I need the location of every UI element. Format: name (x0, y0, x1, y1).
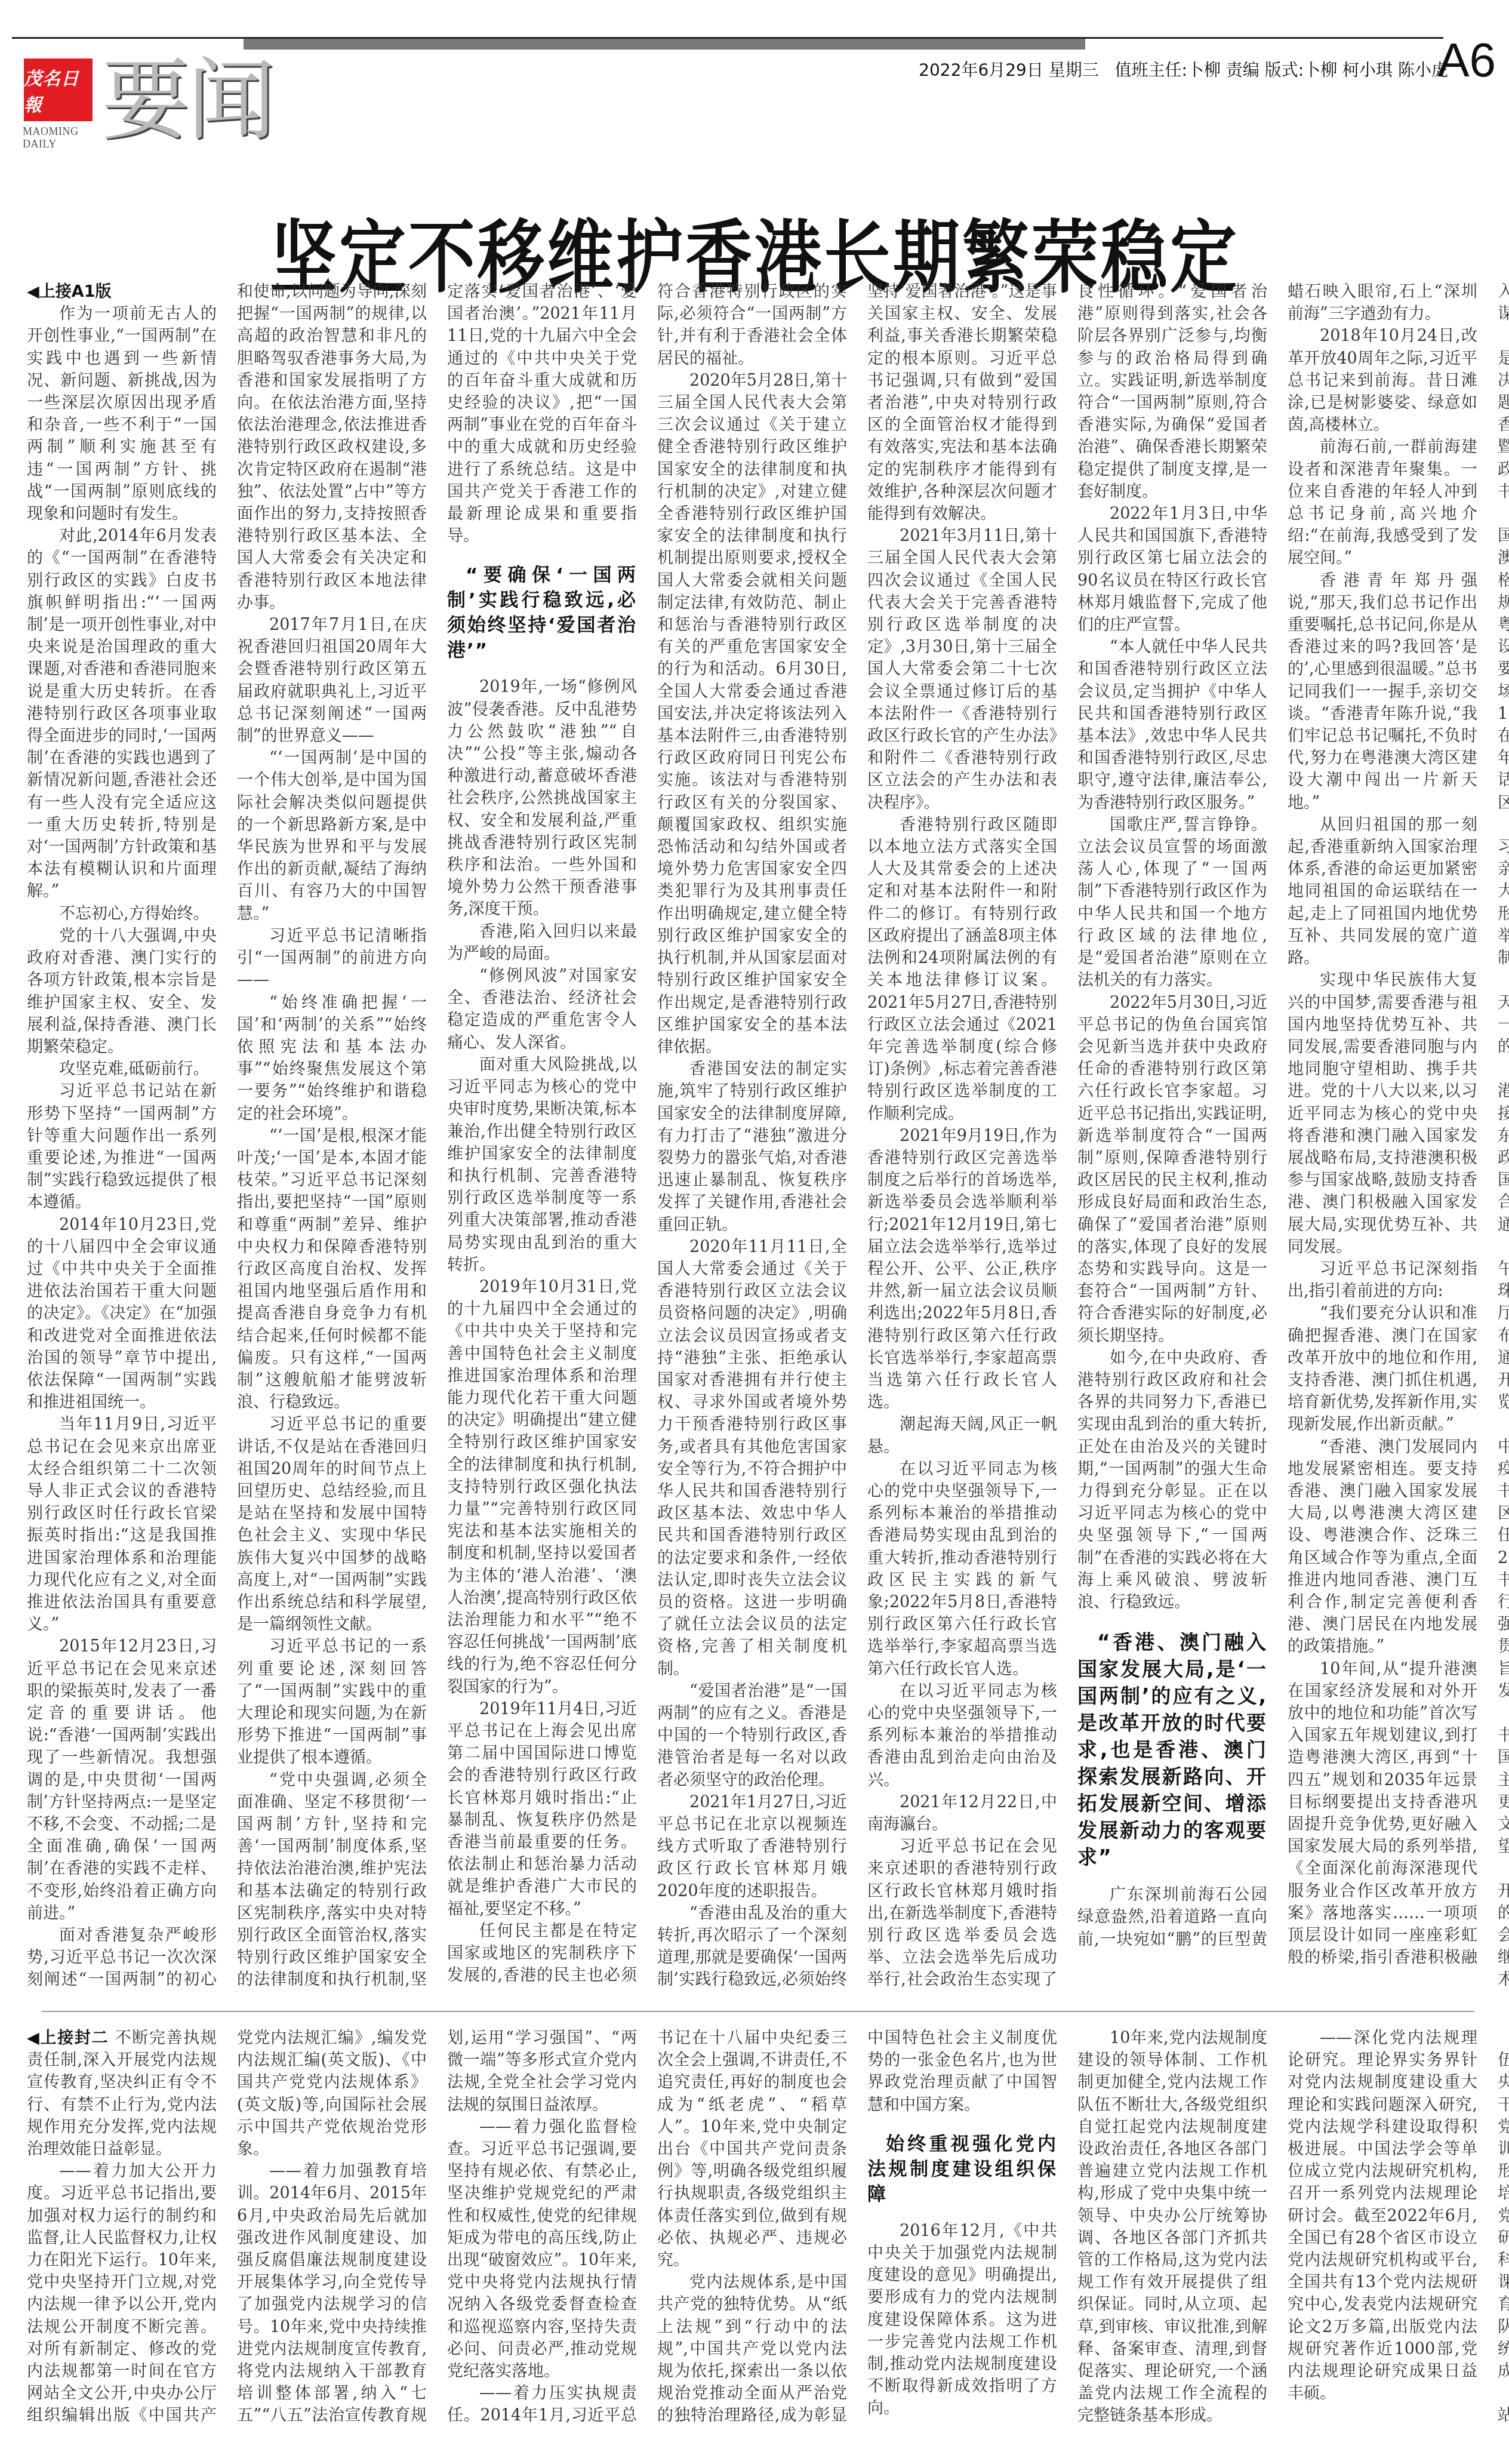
paragraph: 如今,在中央政府、香港特别行政区政府和社会各界的共同努力下,香港已实现由乱到治的… (1077, 1347, 1267, 1613)
paragraph: 此次会见中,习近平总书记从更加积极主动融入国家发展大局、更加积极主动参与国家治理… (1498, 1702, 1509, 1857)
paragraph: 2022年2月初至3月中旬,香港第五波新冠肺炎疫情形势严峻。习近平总书记作出重要… (1498, 1413, 1509, 1702)
paragraph: 从回归祖国的那一刻起,香港重新纳入国家治理体系,香港的命运更加紧密地同祖国的命运… (1288, 814, 1477, 969)
paragraph: 伶仃洋上,烟波浩渺,海天一色。港珠澳大桥如同一条钢铁巨龙,飞架在浩瀚的大海之上。 (1498, 969, 1509, 1058)
paragraph: “爱国者治港”是“一国两制”的应有之义。香港是中国的一个特别行政区,香港管治者是… (657, 1680, 847, 1791)
continued-marker: ◀上接A1版 (27, 281, 217, 303)
paragraph: “始终准确把握‘一国’和‘两制’的关系”“始终依照宪法和基本法办事”“始终聚焦发… (237, 992, 427, 1125)
section-title: 要闻 (101, 53, 273, 148)
logo-english: MAOMING DAILY (23, 125, 96, 150)
paragraph: “香港、澳门发展同内地发展紧密相连。要支持香港、澳门融入国家发展大局,以粤港澳大… (1288, 1436, 1477, 1658)
paragraph: 面对重大风险挑战,以习近平同志为核心的党中央审时度势,果断决策,标本兼治,作出健… (447, 1054, 637, 1276)
paragraph: 10年来,党内法规制度建设的领导体制、工作机制更加健全,党内法规工作队伍不断壮大… (1077, 2027, 1267, 2427)
paragraph: ——加强党内法规队伍建设。中央办公厅在中央党校(国家行政学院)和干部学院先后举办… (1498, 2027, 1509, 2382)
paragraph: 潮起海天阔,风正一帆悬。 (867, 1413, 1057, 1457)
paragraph: 2022年1月3日,中华人民共和国国旗下,香港特别行政区第七届立法会的90名议员… (1077, 503, 1267, 636)
paragraph: 2018年10月23日上午,港珠澳大桥开通仪式在珠海口岸旅检大楼出境大厅举行,习… (1498, 1236, 1509, 1414)
paragraph: “修例风波”对国家安全、香港法治、经济社会稳定造成的严重危害令人痛心、发人深省。 (447, 965, 637, 1054)
paragraph: 2021年12月22日,中南海瀛台。 (867, 1791, 1057, 1835)
paragraph: 香港,陷入回归以来最为严峻的局面。 (447, 921, 637, 965)
logo-text: 茂名日報 (24, 64, 93, 116)
paragraph: 2015年12月23日,习近平总书记在会见来京述职的梁振英时,发表了一番定音的重… (27, 1635, 217, 1924)
bottom-article: ◀上接封二 不断完善执规责任制,深入开展党内法规宣传教育,坚决纠正有令不行、有禁… (27, 2027, 1477, 2445)
paragraph: 前海石前,一群前海建设者和深港青年聚集。一位来自香港的年轻人冲到总书记身前,高兴… (1288, 436, 1477, 569)
masthead-bar (244, 39, 1085, 50)
paragraph: 2021年1月27日,习近平总书记在北京以视频连线方式听取了香港特别行政区行政长… (657, 1791, 847, 1902)
paragraph: “要抓住香港澳门融入国家建设重大机遇,推动港澳积极参与国家对外开放格局,推动新发… (1498, 503, 1509, 814)
paragraph: 2020年11月11日,全国人大常委会通过《关于香港特别行政区立法会议员资格问题… (657, 1236, 847, 1680)
top-article-columns: ◀上接A1版 作为一项前无古人的开创性事业,“一国两制”在实践中也遇到一些新情况… (27, 281, 1477, 1994)
paragraph: “我们要充分认识和准确把握香港、澳门在国家改革开放中的地位和作用,支持香港、澳门… (1288, 1302, 1477, 1435)
paragraph: 不忘初心,方得始终。 (27, 903, 217, 925)
paragraph: 2019年11月4日,习近平总书记在上海会见出席第二届中国国际进口博览会的香港特… (447, 1698, 637, 1920)
paragraph: 实现中华民族伟大复兴的中国梦,需要香港与祖国内地坚持优势互补、共同发展,需要香港… (1288, 969, 1477, 1258)
page-number: A6 (1437, 33, 1496, 87)
paragraph: 在以习近平同志为核心的党中央坚强领导下,一系列标本兼治的举措推动香港局势实现由乱… (867, 1458, 1057, 1680)
paragraph: 在以习近平同志为核心的党中央坚强领导下,一系列标本兼治的举措推动香港由乱到治走向… (867, 1680, 1057, 1791)
paragraph: 习近平总书记的一系列重要论述,深刻回答了“一国两制”实践中的重大理论和现实问题,… (237, 1635, 427, 1768)
paragraph: 2017年7月1日,在庆祝香港回归祖国20周年大会暨香港特别行政区第五届政府就职… (237, 614, 427, 747)
paragraph: 香港国安法的制定实施,筑牢了特别行政区维护国家安全的法律制度屏障,有力打击了“港… (657, 1058, 847, 1236)
paragraph: 2021年9月19日,作为香港特别行政区完善选举制度之后举行的首场选举,新选举委… (867, 1125, 1057, 1414)
paragraph: 攻坚克难,砥砺前行。 (27, 1058, 217, 1080)
paragraph: “本人就任中华人民共和国香港特别行政区立法会议员,定当拥护《中华人民共和国香港特… (1077, 636, 1267, 814)
paragraph: 香港特别行政区随即以本地立法方式落实全国人大及其常委会的上述决定和对基本法附件一… (867, 814, 1057, 1125)
top-article: ◀上接A1版 作为一项前无古人的开创性事业,“一国两制”在实践中也遇到一些新情况… (27, 281, 1477, 1994)
subhead-organization: 始终重视强化党内法规制度建设组织保障 (867, 2131, 1057, 2207)
paragraph: 2022年5月30日,习近平总书记的伪鱼台国宾馆会见新当选并获中央政府任命的香港… (1077, 992, 1267, 1347)
paragraph: 2016年12月,《中共中央关于加强党内法规制度建设的意见》明确提出,要形成有力… (867, 2220, 1057, 2420)
paragraph: 习近平总书记深刻指出,指引着前进的方向: (1288, 1258, 1477, 1302)
dateline: 2022年6月29日 星期三 值班主任:卜柳 责编 版式:卜柳 柯小琪 陈小虎 (919, 57, 1448, 81)
subhead-integration: “香港、澳门融入国家发展大局,是‘一国两制’的应有之义,是改革开放的时代要求,也… (1077, 1629, 1267, 1871)
paragraph: “‘一国两制’是中国的一个伟大创举,是中国为国际社会解决类似问题提供的一个新思路… (237, 747, 427, 925)
paragraph: 国歌庄严,誓言铮铮。立法会议员宣誓的场面激荡人心,体现了“一国两制”下香港特别行… (1077, 814, 1267, 992)
newspaper-logo: 茂名日報 (24, 59, 93, 121)
paragraph: 2021年3月11日,第十三届全国人民代表大会第四次会议通过《全国人民代表大会关… (867, 525, 1057, 814)
paragraph: 2019年10月31日,党的十九届四中全会通过的《中共中央关于坚持和完善中国特色… (447, 1276, 637, 1698)
article-divider (42, 2011, 1474, 2012)
paragraph: 习近平总书记清晰指引“一国两制”的前进方向—— (237, 925, 427, 992)
paragraph: 习近平总书记的重要讲话,不仅是站在香港回归祖国20周年的时间节点上回望历史、总结… (237, 1413, 427, 1635)
subhead-patriots: “要确保‘一国两制’实践行稳致远,必须始终坚持‘爱国者治港’” (447, 562, 637, 663)
paragraph: 桥连三地,心通未来。港珠澳大桥跨越伶仃洋,东接香港特别行政区,西接广东省珠海市和… (1498, 1058, 1509, 1236)
paragraph: 2020年5月28日,第十三届全国人民代表大会第三次会议通过《关于建立健全香港特… (657, 370, 847, 1058)
paragraph: ——深化党内法规理论研究。理论界实务界针对党内法规制度建设重大理论和实践问题深入… (1288, 2027, 1477, 2404)
paragraph: 习近平总书记站在新形势下坚持“一国两制”方针等重大问题作出一系列重要论述,为推进… (27, 1080, 217, 1213)
paragraph: 党的十八大强调,中央政府对香港、澳门实行的各项方针政策,根本宗旨是维护国家主权、… (27, 925, 217, 1058)
bottom-article-columns: ◀上接封二 不断完善执规责任制,深入开展党内法规宣传教育,坚决纠正有令不行、有禁… (27, 2027, 1477, 2445)
paragraph: 2018年10月24日,改革开放40周年之际,习近平总书记来到前海。昔日滩涂,已… (1288, 325, 1477, 436)
paragraph: ——着力强化监督检查。习近平总书记强调,要坚持有规必依、有禁必止,坚决维护党规党… (447, 2116, 637, 2382)
paragraph: 对此,2014年6月发表的《“一国两制”在香港特别行政区的实践》白皮书旗帜鲜明指… (27, 525, 217, 902)
paragraph: 2014年10月23日,党的十八届四中全会审议通过《中共中央关于全面推进依法治国… (27, 1214, 217, 1414)
paragraph: 建设粤港澳大湾区,是习近平总书记亲自谋划、亲自部署、亲自推动的重大国家战略,是新… (1498, 814, 1509, 969)
paragraph: 香港青年郑丹强说,“那天,我们总书记作出重要嘱托,总书记问,你是从香港过来的吗?… (1288, 570, 1477, 814)
paragraph: “‘一国’是根,根深才能叶茂;‘一国’是本,本固才能枝荣。”习近平总书记深刻指出… (237, 1125, 427, 1414)
paragraph: 2019年,一场“修例风波”侵袭香港。反中乱港势力公然鼓吹“港独”“自决”“公投… (447, 676, 637, 920)
paragraph: 当年11月9日,习近平总书记在会见来京出席亚太经合组织第二十二次领导人非正式会议… (27, 1413, 217, 1635)
paragraph: 作为一项前无古人的开创性事业,“一国两制”在实践中也遇到一些新情况、新问题、新挑… (27, 303, 217, 525)
paragraph: “发展是永恒的主题,是香港的立身之本,也是解决香港各种问题的金钥匙。”2017年… (1498, 325, 1509, 503)
continued-marker-bottom: ◀上接封二 不断完善执规责任制,深入开展党内法规宣传教育,坚决纠正有令不行、有禁… (27, 2027, 217, 2160)
